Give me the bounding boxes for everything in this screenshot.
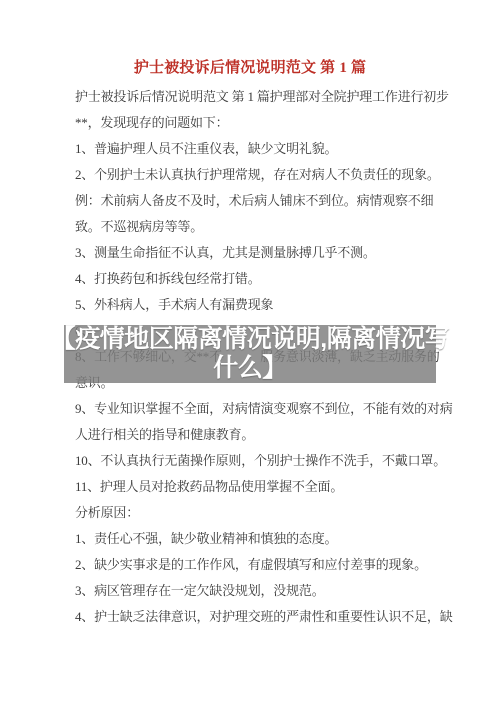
body-line: 11、护理人员对抢救药品物品使用掌握不全面。 xyxy=(75,474,431,500)
body-line: 致。不巡视病房等等。 xyxy=(75,214,431,240)
body-line: 2、缺少实事求是的工作作风，有虚假填写和应付差事的现象。 xyxy=(75,552,431,578)
body-line: 人进行相关的指导和健康教育。 xyxy=(75,422,431,448)
body-line: 9、专业知识掌握不全面，对病情演变观察不到位，不能有效的对病 xyxy=(75,396,431,422)
body-line: 护士被投诉后情况说明范文 第 1 篇护理部对全院护理工作进行初步 xyxy=(75,84,431,110)
body-line: 2、个别护士未认真执行护理常规，存在对病人不负责任的现象。 xyxy=(75,162,431,188)
body-line: 5、外科病人，手术病人有漏费现象 xyxy=(75,292,431,318)
document-title: 护士被投诉后情况说明范文 第 1 篇 xyxy=(0,56,500,77)
body-line: 3、病区管理存在一定欠缺没规划，没规范。 xyxy=(75,578,431,604)
body-line: **，发现现存的问题如下： xyxy=(75,110,431,136)
body-line: 分析原因： xyxy=(75,500,431,526)
watermark-text-line-1: 【疫情地区隔离情况说明,隔离情况写 xyxy=(51,325,449,354)
watermark-overlay: 【疫情地区隔离情况说明,隔离情况写 什么】 xyxy=(64,325,436,383)
document-page: 护士被投诉后情况说明范文 第 1 篇 护士被投诉后情况说明范文 第 1 篇护理部… xyxy=(0,0,500,706)
body-line: 例：术前病人备皮不及时，术后病人铺床不到位。病情观察不细 xyxy=(75,188,431,214)
body-line: 10、不认真执行无菌操作原则，个别护士操作不洗手，不戴口罩。 xyxy=(75,448,431,474)
body-line: 1、责任心不强，缺少敬业精神和慎独的态度。 xyxy=(75,526,431,552)
watermark-text-line-2: 什么】 xyxy=(213,354,287,383)
body-line: 1、普遍护理人员不注重仪表，缺少文明礼貌。 xyxy=(75,136,431,162)
body-line: 4、护士缺乏法律意识，对护理交班的严肃性和重要性认识不足，缺 xyxy=(75,604,431,630)
body-line: 4、打换药包和拆线包经常打错。 xyxy=(75,266,431,292)
body-line: 3、测量生命指征不认真，尤其是测量脉搏几乎不测。 xyxy=(75,240,431,266)
